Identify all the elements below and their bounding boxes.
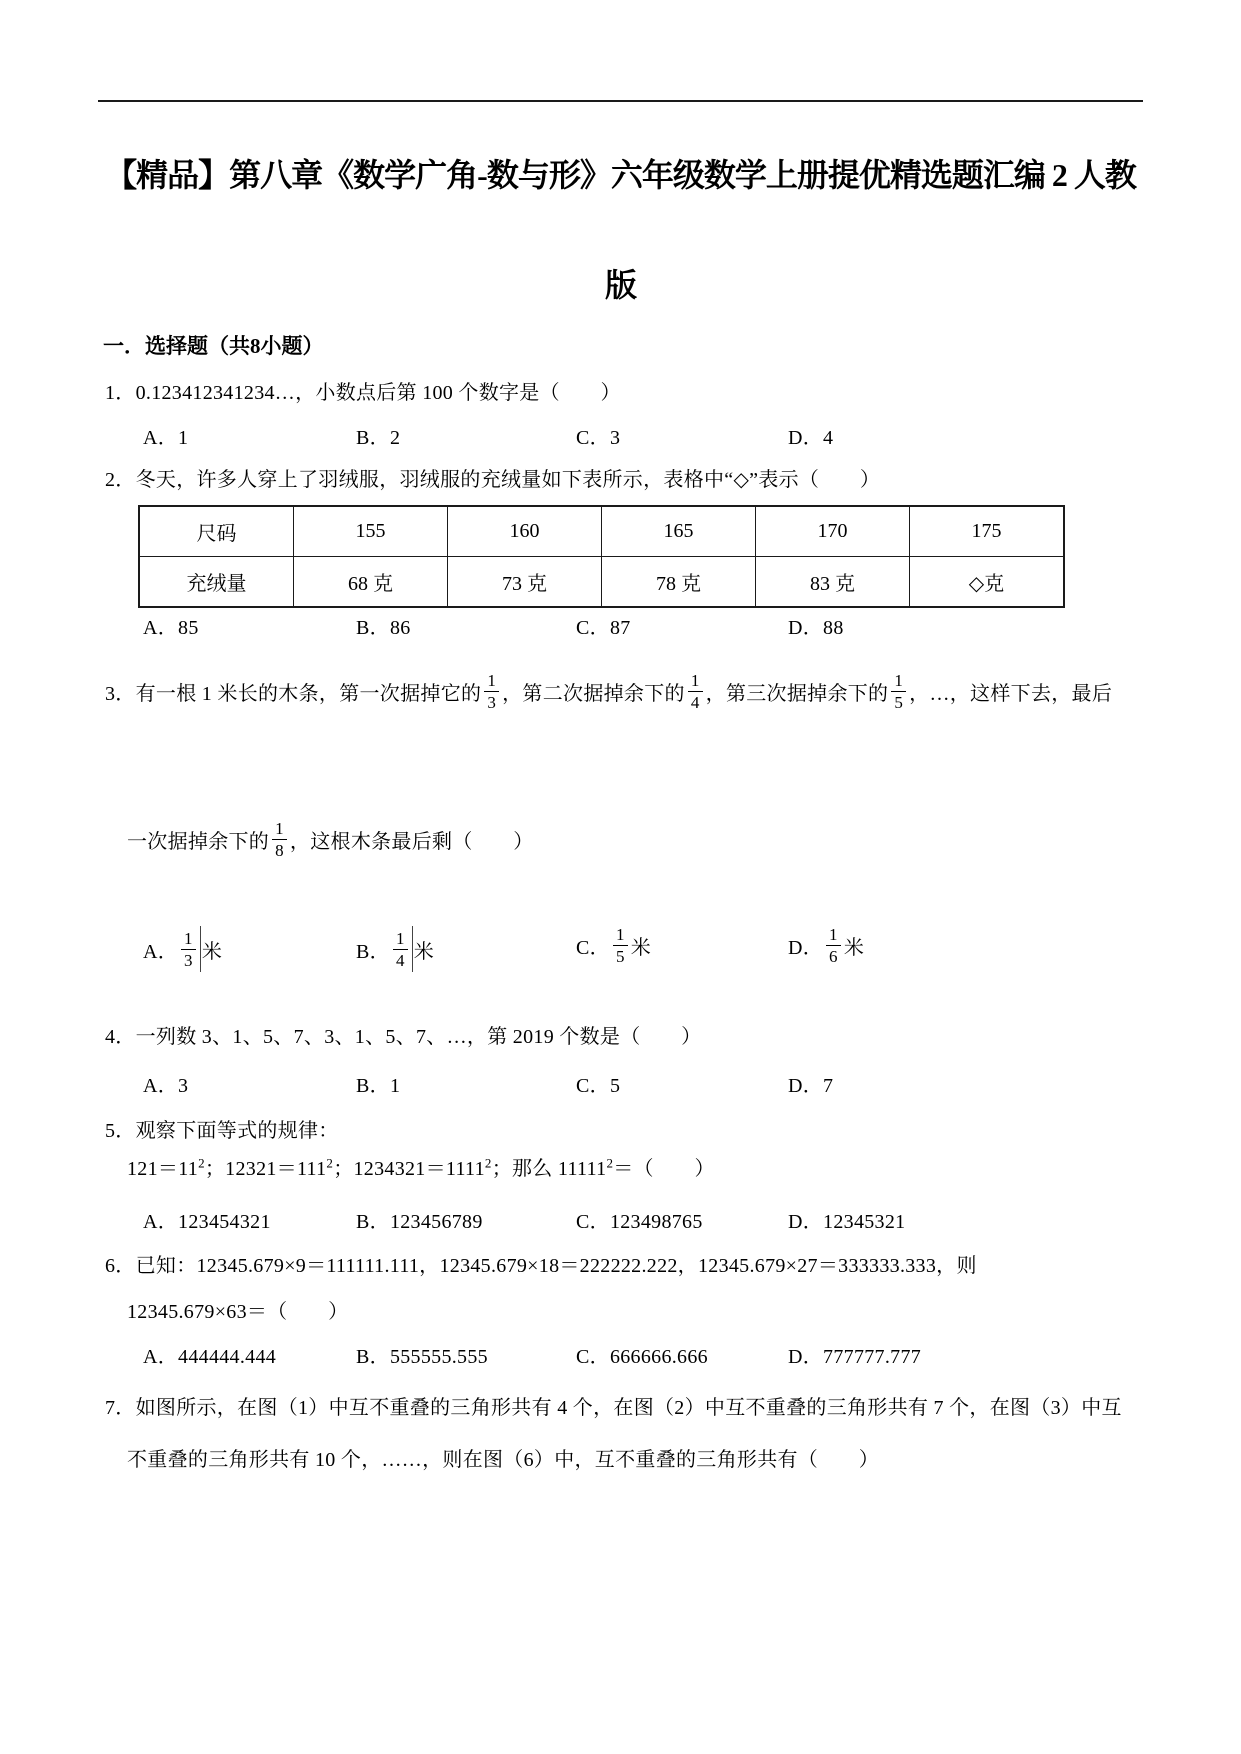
table-cell: 160 bbox=[448, 506, 602, 557]
page-title-line-2: 版 bbox=[0, 260, 1241, 306]
option-unit: 米 bbox=[202, 935, 222, 964]
denominator: 5 bbox=[891, 692, 906, 711]
text-segment: ，这根木条最后剩（ ） bbox=[290, 825, 534, 854]
equation-segment: ；那么 11111 bbox=[492, 1158, 607, 1180]
option-b: B． 14 米 bbox=[356, 926, 434, 972]
option-c: C．123498765 bbox=[576, 1205, 703, 1234]
option-label: B． bbox=[356, 935, 390, 964]
fraction: 15 bbox=[891, 672, 906, 711]
option-c: C．5 bbox=[576, 1069, 620, 1098]
option-a: A．3 bbox=[143, 1069, 188, 1098]
denominator: 3 bbox=[484, 692, 499, 711]
denominator: 4 bbox=[393, 950, 408, 969]
numerator: 1 bbox=[393, 930, 408, 950]
equation-segment: ；1234321＝1111 bbox=[333, 1158, 485, 1180]
question-2-text: 2．冬天，许多人穿上了羽绒服，羽绒服的充绒量如下表所示，表格中“◇”表示（ ） bbox=[105, 463, 880, 492]
table-cell: 73 克 bbox=[448, 557, 602, 608]
text-segment: ，第二次据掉余下的 bbox=[502, 677, 685, 706]
numerator: 1 bbox=[891, 672, 906, 692]
numerator: 1 bbox=[181, 930, 196, 950]
section-heading: 一．选择题（共8小题） bbox=[103, 330, 324, 360]
denominator: 6 bbox=[826, 946, 841, 965]
question-4-text: 4．一列数 3、1、5、7、3、1、5、7、…，第 2019 个数是（ ） bbox=[105, 1020, 701, 1049]
option-label: C． bbox=[576, 931, 610, 960]
table-cell: 175 bbox=[910, 506, 1065, 557]
question-5-text: 5．观察下面等式的规律： bbox=[105, 1114, 339, 1143]
equation-segment: ＝（ ） bbox=[613, 1158, 715, 1180]
question-7-text-line-2: 不重叠的三角形共有 10 个，……，则在图（6）中，互不重叠的三角形共有（ ） bbox=[127, 1443, 879, 1472]
numerator: 1 bbox=[688, 672, 703, 692]
option-label: A． bbox=[143, 935, 178, 964]
fraction: 18 bbox=[272, 820, 287, 859]
equation-segment: 121＝11 bbox=[127, 1158, 198, 1180]
option-a: A． 13 米 bbox=[143, 926, 222, 972]
table-cell: 68 克 bbox=[294, 557, 448, 608]
equation-segment: ；12321＝111 bbox=[205, 1158, 327, 1180]
question-6-text-line-2: 12345.679×63＝（ ） bbox=[127, 1295, 348, 1324]
question-3-text-line-1: 3．有一根 1 米长的木条，第一次据掉它的 13 ，第二次据掉余下的 14 ，第… bbox=[105, 672, 1112, 711]
question-5-equations: 121＝112；12321＝1112；1234321＝11112；那么 1111… bbox=[127, 1152, 715, 1181]
table-cell: 155 bbox=[294, 506, 448, 557]
option-d: D．12345321 bbox=[788, 1205, 905, 1234]
fraction: 14 bbox=[688, 672, 703, 711]
option-b: B．2 bbox=[356, 421, 400, 450]
option-d: D． 16 米 bbox=[788, 926, 864, 965]
option-c: C． 15 米 bbox=[576, 926, 651, 965]
option-d: D．4 bbox=[788, 421, 833, 450]
option-d: D．88 bbox=[788, 611, 844, 640]
numerator: 1 bbox=[272, 820, 287, 840]
artifact-line bbox=[200, 926, 201, 972]
option-unit: 米 bbox=[414, 935, 434, 964]
text-segment: ，…，这样下去，最后 bbox=[909, 677, 1112, 706]
denominator: 5 bbox=[613, 946, 628, 965]
down-fill-table: 尺码 155 160 165 170 175 充绒量 68 克 73 克 78 … bbox=[138, 505, 1065, 608]
numerator: 1 bbox=[484, 672, 499, 692]
question-2-options: A．85 B．86 C．87 D．88 bbox=[0, 611, 1241, 671]
option-b: B．1 bbox=[356, 1069, 400, 1098]
question-1-text: 1．0.123412341234…，小数点后第 100 个数字是（ ） bbox=[105, 376, 621, 405]
option-c: C．3 bbox=[576, 421, 620, 450]
option-a: A．123454321 bbox=[143, 1205, 271, 1234]
page-title-line-1: 【精品】第八章《数学广角-数与形》六年级数学上册提优精选题汇编 2 人教 bbox=[0, 150, 1241, 196]
option-label: D． bbox=[788, 931, 823, 960]
fraction: 13 bbox=[484, 672, 499, 711]
header-rule bbox=[98, 100, 1143, 102]
denominator: 3 bbox=[181, 950, 196, 969]
numerator: 1 bbox=[826, 926, 841, 946]
option-a: A．1 bbox=[143, 421, 188, 450]
artifact-line bbox=[412, 926, 413, 972]
table-cell: 78 克 bbox=[602, 557, 756, 608]
option-unit: 米 bbox=[844, 931, 864, 960]
table-cell: 165 bbox=[602, 506, 756, 557]
option-b: B．555555.555 bbox=[356, 1340, 488, 1369]
exponent: 2 bbox=[198, 1155, 205, 1170]
question-3-text-line-2: 一次据掉余下的 18 ，这根木条最后剩（ ） bbox=[127, 820, 534, 859]
option-b: B．123456789 bbox=[356, 1205, 483, 1234]
text-segment: 3．有一根 1 米长的木条，第一次据掉它的 bbox=[105, 677, 481, 706]
fraction: 15 bbox=[613, 926, 628, 965]
question-3-options: A． 13 米 B． 14 米 C． 15 米 D． 16 米 bbox=[0, 926, 1241, 986]
table-cell: ◇克 bbox=[910, 557, 1065, 608]
table-cell: 83 克 bbox=[756, 557, 910, 608]
option-d: D．777777.777 bbox=[788, 1340, 921, 1369]
fraction: 16 bbox=[826, 926, 841, 965]
table-row: 充绒量 68 克 73 克 78 克 83 克 ◇克 bbox=[139, 557, 1064, 608]
question-6-text-line-1: 6．已知：12345.679×9＝111111.111，12345.679×18… bbox=[105, 1249, 977, 1278]
table-cell: 170 bbox=[756, 506, 910, 557]
text-segment: 一次据掉余下的 bbox=[127, 825, 269, 854]
option-c: C．87 bbox=[576, 611, 631, 640]
table-row: 尺码 155 160 165 170 175 bbox=[139, 506, 1064, 557]
fraction: 14 bbox=[393, 930, 408, 969]
table-cell: 尺码 bbox=[139, 506, 294, 557]
option-d: D．7 bbox=[788, 1069, 833, 1098]
denominator: 4 bbox=[688, 692, 703, 711]
numerator: 1 bbox=[613, 926, 628, 946]
option-unit: 米 bbox=[631, 931, 651, 960]
denominator: 8 bbox=[272, 840, 287, 859]
option-b: B．86 bbox=[356, 611, 411, 640]
option-a: A．444444.444 bbox=[143, 1340, 276, 1369]
question-7-text-line-1: 7．如图所示，在图（1）中互不重叠的三角形共有 4 个，在图（2）中互不重叠的三… bbox=[105, 1391, 1122, 1420]
worksheet-page: 【精品】第八章《数学广角-数与形》六年级数学上册提优精选题汇编 2 人教 版 一… bbox=[0, 0, 1241, 1754]
option-c: C．666666.666 bbox=[576, 1340, 708, 1369]
option-a: A．85 bbox=[143, 611, 199, 640]
fraction: 13 bbox=[181, 930, 196, 969]
exponent: 2 bbox=[485, 1155, 492, 1170]
table-cell: 充绒量 bbox=[139, 557, 294, 608]
text-segment: ，第三次据掉余下的 bbox=[706, 677, 889, 706]
